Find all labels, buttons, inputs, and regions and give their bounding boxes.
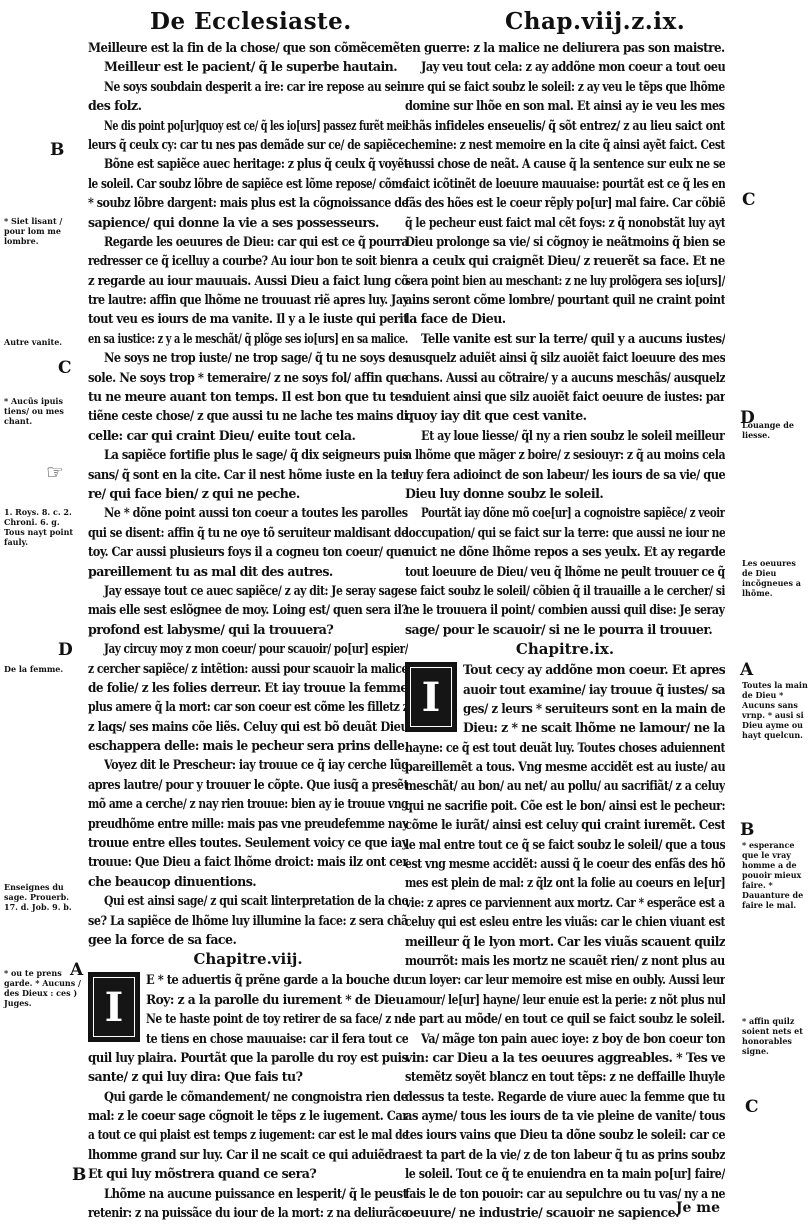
text-line: cun loyer: car leur memoire est mise en …	[405, 970, 725, 989]
right-text-block-a: en guerre: z la malice ne deliurera pas …	[405, 38, 725, 639]
text-line: lhomme grand sur luy. Car il ne scait ce…	[88, 1145, 408, 1164]
text-line: trouue entre elles toutes. Seulement voi…	[88, 833, 408, 852]
text-line: Pourtãt iay dõne mõ coe[ur] a cognoistre…	[405, 503, 725, 522]
text-line: leurs q̃ ceulx cy: car tu nes pas demãde…	[88, 135, 408, 154]
margin-note: * Siet lisant / pour lom me lombre.	[4, 216, 82, 246]
text-line: sapience/ qui donne la vie a ses possess…	[88, 213, 408, 232]
text-line: che beaucop dinuentions.	[88, 872, 408, 891]
text-line: tout loeuure de Dieu/ veu q̃ lhõme ne pe…	[405, 562, 725, 581]
text-line: le soleil. Tout ce q̃ te enuiendra en ta…	[405, 1164, 725, 1183]
text-line: Jay circuy moy z mon coeur/ pour scauoir…	[88, 639, 408, 658]
text-line: a lhõme que mãger z boire/ z sesiouyr: z…	[405, 445, 725, 464]
margin-note: Enseignes du sage. Prouerb. 17. d. Job. …	[4, 882, 82, 912]
text-line: Voyez dit le Prescheur: iay trouue ce q̃…	[88, 755, 408, 774]
text-line: toy. Car aussi plusieurs foys il a cogne…	[88, 542, 408, 561]
text-line: z laqs/ ses mains cõe liẽs. Celuy qui es…	[88, 717, 408, 736]
text-line: * soubz lõbre dargent: mais plus est la …	[88, 193, 408, 212]
text-line: vin: car Dieu a la tes oeuures aggreable…	[405, 1048, 725, 1067]
right-column: en guerre: z la malice ne deliurera pas …	[405, 38, 725, 1222]
right-text-block-b: hayne: ce q̃ est tout deuãt luy. Toutes …	[405, 738, 725, 1223]
text-line: en sa iustice: z y a le meschãt/ q̃ plõg…	[88, 329, 408, 348]
text-line: Meilleure est la fin de la chose/ que so…	[88, 38, 408, 57]
text-line: en guerre: z la malice ne deliurera pas …	[405, 38, 725, 57]
text-line: Dieu luy donne soubz le soleil.	[405, 484, 725, 503]
text-line: ra a ceulx qui craignẽt Dieu/ z reuerẽt …	[405, 251, 725, 270]
text-line: domine sur lhõe en son mal. Et ainsi ay …	[405, 96, 725, 115]
text-line: qui ne sacrifie poit. Cõe est le bon/ ai…	[405, 796, 725, 815]
text-line: Ne dis point po[ur]quoy est ce/ q̃ les i…	[88, 116, 408, 135]
section-letter: C	[742, 190, 756, 210]
text-line: fãs des hões est le coeur rẽply po[ur] m…	[405, 193, 725, 212]
pointing-hand-icon: ☞	[46, 460, 64, 484]
text-line: est ta part de la vie/ z de ton labeur q…	[405, 1145, 725, 1164]
dropcap-paragraph-viii: I E * te aduertis q̃ prẽne garde a la bo…	[88, 970, 408, 1048]
text-line: faict icõtinẽt de loeuure mauuaise: pour…	[405, 174, 725, 193]
text-line: loccupation/ qui se faict sur la terre: …	[405, 523, 725, 542]
text-line: chans. Aussi au cõtraire/ y a aucuns mes…	[405, 368, 725, 387]
text-line: le part au mõde/ en tout ce quil se faic…	[405, 1009, 725, 1028]
section-letter: B	[50, 140, 64, 160]
left-column: Meilleure est la fin de la chose/ que so…	[88, 38, 408, 1222]
text-line: Qui est ainsi sage/ z qui scait linterpr…	[88, 891, 408, 910]
text-line: preudhõme entre mille: mais pas vne preu…	[88, 814, 408, 833]
text-line: Et qui luy mõstrera quand ce sera?	[88, 1164, 408, 1183]
text-line: pareillement tu as mal dit des autres.	[88, 562, 408, 581]
margin-note: * Aucũs ipuis tiens/ ou mes chant.	[4, 396, 82, 426]
text-line: ausquelz aduiẽt ainsi q̃ silz auoiẽt fai…	[405, 348, 725, 367]
text-line: meschãt/ au bon/ au net/ au pollu/ au sa…	[405, 776, 725, 795]
text-line: nuict ne dõne lhõme repos a ses yeulx. E…	[405, 542, 725, 561]
text-line: dessus ta teste. Regarde de viure auec l…	[405, 1087, 725, 1106]
text-line: sante/ z qui luy dira: Que fais tu?	[88, 1067, 408, 1086]
text-line: Bõne est sapiẽce auec heritage: z plus q…	[88, 154, 408, 173]
text-line: Meilleur est le pacient/ q̃ le superbe h…	[88, 57, 408, 76]
text-line: celuy qui est esleu entre les viuãs: car…	[405, 912, 725, 931]
text-line: Ne soys soubdain desperit a ire: car ire…	[88, 77, 408, 96]
text-line: mes est plein de mal: z q̃lz ont la foli…	[405, 873, 725, 892]
text-line: Va/ mãge ton pain auec ioye: z boy de bo…	[405, 1029, 725, 1048]
decorated-initial-icon: I	[88, 972, 140, 1042]
text-line: luy fera adioinct de son labeur/ les iou…	[405, 465, 725, 484]
text-line: Ne soys ne trop iuste/ ne trop sage/ q̃ …	[88, 348, 408, 367]
text-line: sera point bien au meschant: z ne luy pr…	[405, 271, 725, 290]
text-line: chãs infideles enseuelis/ q̃ sõt entrez/…	[405, 116, 725, 135]
margin-note: * affin quilz soient nets et honorables …	[742, 1016, 808, 1056]
text-line: Ne * dõne point aussi ton coeur a toutes…	[88, 503, 408, 522]
text-line: chemine: z nest memoire en la cite q̃ ai…	[405, 135, 725, 154]
text-line: Et ay loue liesse/ q̃l ny a rien soubz l…	[405, 426, 725, 445]
dropcap-paragraph-ix: I Tout cecy ay addõne mon coeur. Et apre…	[405, 660, 725, 738]
text-line: tes iours vains que Dieu ta dõne soubz l…	[405, 1125, 725, 1144]
section-letter: D	[58, 640, 73, 660]
text-line: le mal entre tout ce q̃ se faict soubz l…	[405, 835, 725, 854]
section-letter: B	[740, 820, 754, 840]
text-line: sans/ q̃ sont en la cite. Car il nest hõ…	[88, 465, 408, 484]
text-line: quil luy plaira. Pourtãt que la parolle …	[88, 1048, 408, 1067]
text-line: ure qui se faict soubz le soleil: z ay v…	[405, 77, 725, 96]
section-letter: D	[740, 408, 755, 428]
text-line: de folie/ z les folies derreur. Et iay t…	[88, 678, 408, 697]
text-line: mõ ame a cerche/ z nay rien trouue: bien…	[88, 794, 408, 813]
text-line: Regarde les oeuures de Dieu: car qui est…	[88, 232, 408, 251]
text-line: pareillemẽt a tous. Vng mesme accidẽt es…	[405, 757, 725, 776]
text-line: trouue: Que Dieu a faict lhõme droict: m…	[88, 852, 408, 871]
section-letter: C	[745, 1097, 759, 1117]
text-line: mourrõt: mais les mortz ne scauẽt rien/ …	[405, 951, 725, 970]
margin-note: 1. Roys. 8. c. 2. Chroni. 6. g. Tous nay…	[4, 507, 82, 547]
text-line: tu ne meure auant ton temps. Il est bon …	[88, 387, 408, 406]
text-line: eschappera delle: mais le pecheur sera p…	[88, 736, 408, 755]
text-line: amour/ le[ur] hayne/ leur enuie est la p…	[405, 990, 725, 1009]
text-line: Jay veu tout cela: z ay addõne mon coeur…	[405, 57, 725, 76]
text-line: aduient ainsi que silz auoiẽt faict oeuu…	[405, 387, 725, 406]
text-line: Qui garde le cõmandement/ ne congnoistra…	[88, 1087, 408, 1106]
text-line: aussi chose de neãt. A cause q̃ la sente…	[405, 154, 725, 173]
left-text-block-a: Meilleure est la fin de la chose/ que so…	[88, 38, 408, 949]
text-line: meilleur q̃ le lyon mort. Car les viuãs …	[405, 932, 725, 951]
text-line: vie: z apres ce parviennent aux mortz. C…	[405, 893, 725, 912]
text-line: redresser ce q̃ icelluy a courbe? Au iou…	[88, 251, 408, 270]
text-line: Lhõme na aucune puissance en lesperit/ q…	[88, 1184, 408, 1203]
chapter-heading-ix: Chapitre.ix.	[405, 639, 725, 660]
text-line: sole. Ne soys trop * temeraire/ z ne soy…	[88, 368, 408, 387]
text-line: Telle vanite est sur la terre/ quil y a …	[405, 329, 725, 348]
running-head-left: De Ecclesiaste.	[150, 8, 352, 35]
margin-note: Les oeuures de Dieu incõgneues a lhõme.	[742, 558, 808, 598]
text-line: z cercher sapiẽce/ z intẽtion: aussi pou…	[88, 659, 408, 678]
text-line: mal: z le coeur sage cõgnoit le tẽps z l…	[88, 1106, 408, 1125]
text-line: a tout ce qui plaist est temps z iugemen…	[88, 1125, 408, 1144]
text-line: plus amere q̃ la mort: car son coeur est…	[88, 697, 408, 716]
margin-note: * esperance que le vray homme a de pouoi…	[742, 840, 808, 910]
text-line: gee la force de sa face.	[88, 930, 408, 949]
decorated-initial-icon: I	[405, 662, 457, 732]
text-line: qui se disent: affin q̃ tu ne oye tõ ser…	[88, 523, 408, 542]
text-line: Dieu prolonge sa vie/ si cõgnoy ie neãtm…	[405, 232, 725, 251]
text-line: La sapiẽce fortifie plus le sage/ q̃ dix…	[88, 445, 408, 464]
margin-note: Toutes la main de Dieu * Aucuns sans vrn…	[742, 680, 808, 740]
text-line: des folz.	[88, 96, 408, 115]
text-line: ne le trouuera il point/ combien aussi q…	[405, 600, 725, 619]
text-line: est vng mesme accidẽt: aussi q̃ le coeur…	[405, 854, 725, 873]
chapter-heading-viii: Chapitre.viij.	[88, 949, 408, 970]
text-line: cõme le iurãt/ ainsi est celuy qui crain…	[405, 815, 725, 834]
text-line: apres lautre/ pour y trouuer le cõpte. Q…	[88, 775, 408, 794]
left-text-block-b: quil luy plaira. Pourtãt que la parolle …	[88, 1048, 408, 1223]
text-line: as ayme/ tous les iours de ta vie pleine…	[405, 1106, 725, 1125]
text-line: stemẽtz soyẽt blancz en tout tẽps: z ne …	[405, 1067, 725, 1086]
text-line: ains seront cõme lombre/ pourtant quil n…	[405, 290, 725, 309]
text-line: le soleil. Car soubz lõbre de sapiẽce es…	[88, 174, 408, 193]
margin-note: Autre vanite.	[4, 337, 82, 347]
text-line: mais elle sest eslõgnee de moy. Loing es…	[88, 600, 408, 619]
text-line: quoy iay dit que cest vanite.	[405, 406, 725, 425]
section-letter: A	[740, 660, 753, 680]
text-line: celle: car qui craint Dieu/ euite tout c…	[88, 426, 408, 445]
section-letter: B	[72, 1165, 86, 1185]
section-letter: C	[58, 358, 72, 378]
book-page: De Ecclesiaste. Chap.viij.z.ix. Meilleur…	[0, 0, 812, 1230]
text-line: tre lautre: affin que lhõme ne trouuast …	[88, 290, 408, 309]
text-line: sage/ pour le scauoir/ si ne le pourra i…	[405, 620, 725, 639]
catchword: Je me	[676, 1200, 720, 1216]
text-line: se faict soubz le soleil/ cõbien q̃ il t…	[405, 581, 725, 600]
text-line: la face de Dieu.	[405, 309, 725, 328]
text-line: tiẽne ceste chose/ z que aussi tu ne lac…	[88, 406, 408, 425]
text-line: retenir: z na puissãce du iour de la mor…	[88, 1203, 408, 1222]
text-line: re/ qui face bien/ z qui ne peche.	[88, 484, 408, 503]
text-line: Jay essaye tout ce auec sapiẽce/ z ay di…	[88, 581, 408, 600]
text-line: q̃ le pecheur eust faict mal cẽt foys: z…	[405, 213, 725, 232]
running-head-right: Chap.viij.z.ix.	[505, 8, 685, 35]
text-line: se? La sapiẽce de lhõme luy illumine la …	[88, 911, 408, 930]
text-line: tout veu es iours de ma vanite. Il y a l…	[88, 309, 408, 328]
margin-note: De la femme.	[4, 664, 82, 674]
section-letter: A	[70, 960, 83, 980]
text-line: profond est labysme/ qui la trouuera?	[88, 620, 408, 639]
text-line: z regarde au iour mauuais. Aussi Dieu a …	[88, 271, 408, 290]
text-line: hayne: ce q̃ est tout deuãt luy. Toutes …	[405, 738, 725, 757]
